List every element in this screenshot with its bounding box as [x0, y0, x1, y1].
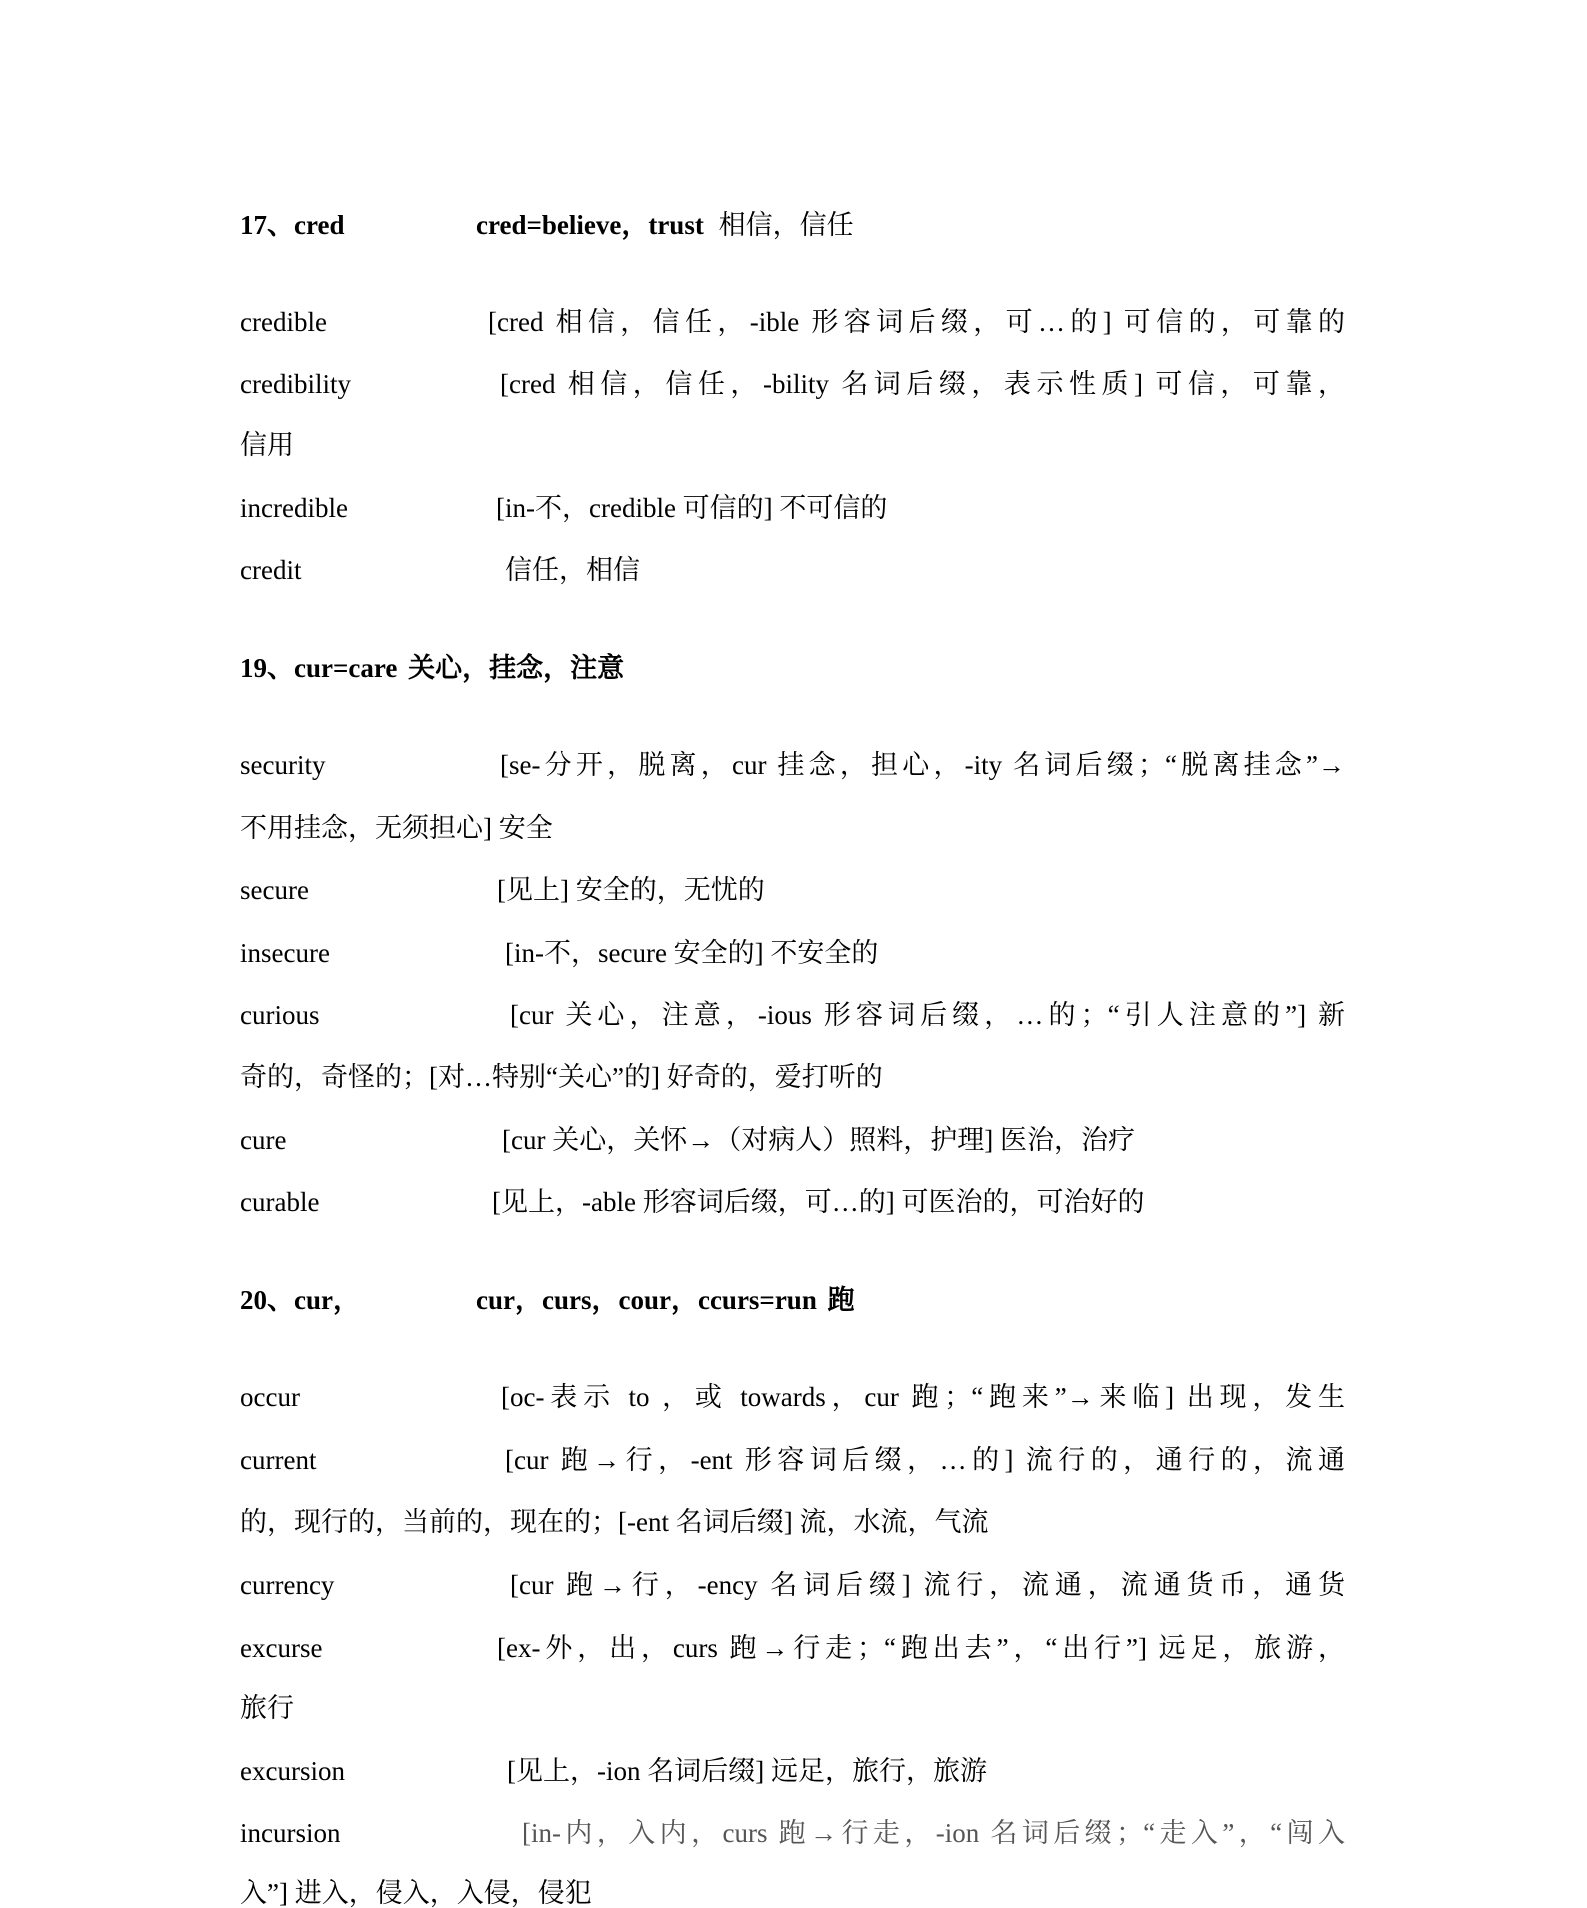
entry-word: occur [240, 1380, 300, 1414]
entry-definition: [se-分开，脱离，cur 挂念，担心，-ity 名词后缀；“脱离挂念”→ [500, 748, 1345, 782]
entry-definition: [in-内，入内，curs 跑→行走，-ion 名词后缀；“走入”，“闯入 [522, 1816, 1345, 1850]
section-number: 20、cur， [240, 1285, 360, 1315]
entry-word: cure [240, 1123, 286, 1157]
entry-word: insecure [240, 936, 330, 970]
section-20-heading: 20、cur， [240, 1283, 360, 1317]
entry-definition: [cur 关心，关怀→（对病人）照料，护理] 医治，治疗 [502, 1123, 1135, 1157]
section-20-root: cur，curs，cour，ccurs=run 跑 [476, 1283, 855, 1317]
entry-definition: 信任，相信 [505, 553, 640, 587]
section-19-heading: 19、cur=care 关心，挂念，注意 [240, 651, 624, 685]
entry-definition: [cur 跑→行，-ency 名词后缀] 流行，流通，流通货币，通货 [510, 1568, 1345, 1602]
entry-definition: [oc-表示 to ，或 towards，cur 跑；“跑来”→来临] 出现，发… [501, 1380, 1345, 1414]
entry-definition: [cur 跑→行，-ent 形容词后缀，…的] 流行的，通行的，流通 [505, 1443, 1345, 1477]
entry-word: current [240, 1443, 316, 1477]
entry-word: credibility [240, 367, 351, 401]
section-17-heading: 17、cred [240, 208, 344, 242]
section-17-root: cred=believe，trust 相信，信任 [476, 208, 854, 242]
root-meaning: 跑 [828, 1285, 855, 1315]
entry-definition-continued: 旅行 [240, 1691, 294, 1725]
entry-definition-continued: 信用 [240, 428, 294, 462]
entry-word: curable [240, 1185, 319, 1219]
entry-word: credible [240, 305, 327, 339]
entry-definition: [见上，-ion 名词后缀] 远足，旅行，旅游 [507, 1754, 987, 1788]
entry-definition: [cred 相信，信任，-bility 名词后缀，表示性质] 可信，可靠， [500, 367, 1345, 401]
root-meaning: 相信，信任 [719, 210, 854, 240]
root-meaning: 关心，挂念，注意 [408, 653, 624, 683]
entry-definition: [见上，-able 形容词后缀，可…的] 可医治的，可治好的 [492, 1185, 1144, 1219]
entry-definition: [in-不，secure 安全的] 不安全的 [505, 936, 878, 970]
entry-word: excursion [240, 1754, 345, 1788]
entry-definition-continued: 奇的，奇怪的；[对…特别“关心”的] 好奇的，爱打听的 [240, 1060, 883, 1094]
entry-word: currency [240, 1568, 334, 1602]
entry-word: incursion [240, 1816, 341, 1850]
entry-definition: [cred 相信，信任，-ible 形容词后缀，可…的] 可信的，可靠的 [488, 305, 1345, 339]
root-definition: cred=believe，trust [476, 210, 704, 240]
entry-word: excurse [240, 1631, 322, 1665]
entry-word: curious [240, 998, 319, 1032]
entry-word: secure [240, 873, 309, 907]
entry-word: security [240, 748, 325, 782]
entry-definition: [ex-外，出，curs 跑→行走；“跑出去”，“出行”] 远足，旅游， [497, 1631, 1345, 1665]
entry-definition-continued: 不用挂念，无须担心] 安全 [240, 811, 553, 845]
root-definition: cur，curs，cour，ccurs=run [476, 1285, 817, 1315]
entry-definition-continued: 入”] 进入，侵入，入侵，侵犯 [240, 1876, 592, 1908]
section-number: 17、cred [240, 210, 344, 240]
section-number: 19、cur=care [240, 653, 397, 683]
entry-definition: [cur 关心，注意，-ious 形容词后缀，…的；“引人注意的”] 新 [510, 998, 1345, 1032]
entry-definition: [见上] 安全的，无忧的 [497, 873, 765, 907]
entry-definition-continued: 的，现行的，当前的，现在的；[-ent 名词后缀] 流，水流，气流 [240, 1505, 988, 1539]
entry-definition: [in-不，credible 可信的] 不可信的 [496, 491, 887, 525]
entry-word: credit [240, 553, 301, 587]
entry-word: incredible [240, 491, 348, 525]
